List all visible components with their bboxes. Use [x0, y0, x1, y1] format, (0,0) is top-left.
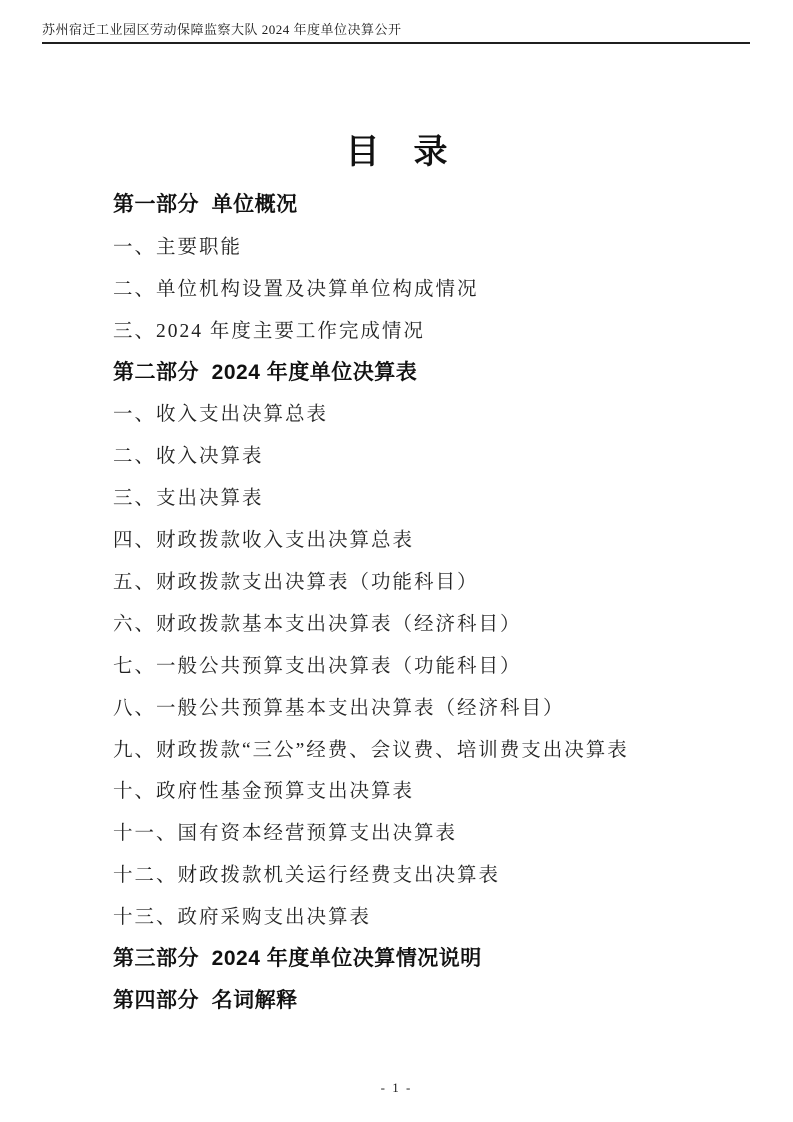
- toc-item-fiscal-expense-functional: 五、财政拨款支出决算表（功能科目）: [113, 559, 753, 601]
- toc-section-part3: 第三部分 2024 年度单位决算情况说明: [113, 936, 753, 978]
- toc-section-part4: 第四部分 名词解释: [113, 978, 753, 1020]
- toc-item-public-budget-expense-functional: 七、一般公共预算支出决算表（功能科目）: [113, 643, 753, 685]
- toc-item-agency-operating-expense: 十二、财政拨款机关运行经费支出决算表: [113, 852, 753, 894]
- toc-item-org-structure: 二、单位机构设置及决算单位构成情况: [113, 266, 753, 308]
- toc-item-income-statement: 二、收入决算表: [113, 433, 753, 475]
- page-number: - 1 -: [0, 1080, 793, 1096]
- toc-item-state-capital-budget-expense: 十一、国有资本经营预算支出决算表: [113, 810, 753, 852]
- toc-item-public-budget-basic-expense-economic: 八、一般公共预算基本支出决算表（经济科目）: [113, 685, 753, 727]
- toc-item-main-duties: 一、主要职能: [113, 224, 753, 266]
- page-header: 苏州宿迁工业园区劳动保障监察大队 2024 年度单位决算公开: [42, 22, 750, 44]
- toc-item-gov-fund-budget-expense: 十、政府性基金预算支出决算表: [113, 768, 753, 810]
- table-of-contents: 第一部分 单位概况 一、主要职能 二、单位机构设置及决算单位构成情况 三、202…: [113, 182, 753, 1020]
- toc-section-part1: 第一部分 单位概况: [113, 182, 753, 224]
- page-title: 目 录: [0, 124, 793, 173]
- toc-item-expense-statement: 三、支出决算表: [113, 475, 753, 517]
- toc-item-income-expense-summary: 一、收入支出决算总表: [113, 391, 753, 433]
- toc-item-fiscal-basic-expense-economic: 六、财政拨款基本支出决算表（经济科目）: [113, 601, 753, 643]
- toc-section-part2: 第二部分 2024 年度单位决算表: [113, 350, 753, 392]
- document-page: 苏州宿迁工业园区劳动保障监察大队 2024 年度单位决算公开 目 录 第一部分 …: [0, 0, 793, 1122]
- toc-item-three-public-funds: 九、财政拨款“三公”经费、会议费、培训费支出决算表: [113, 727, 753, 769]
- toc-item-fiscal-appropriation-summary: 四、财政拨款收入支出决算总表: [113, 517, 753, 559]
- toc-item-gov-procurement-expense: 十三、政府采购支出决算表: [113, 894, 753, 936]
- header-title: 苏州宿迁工业园区劳动保障监察大队 2024 年度单位决算公开: [42, 22, 750, 38]
- toc-item-2024-work-completion: 三、2024 年度主要工作完成情况: [113, 308, 753, 350]
